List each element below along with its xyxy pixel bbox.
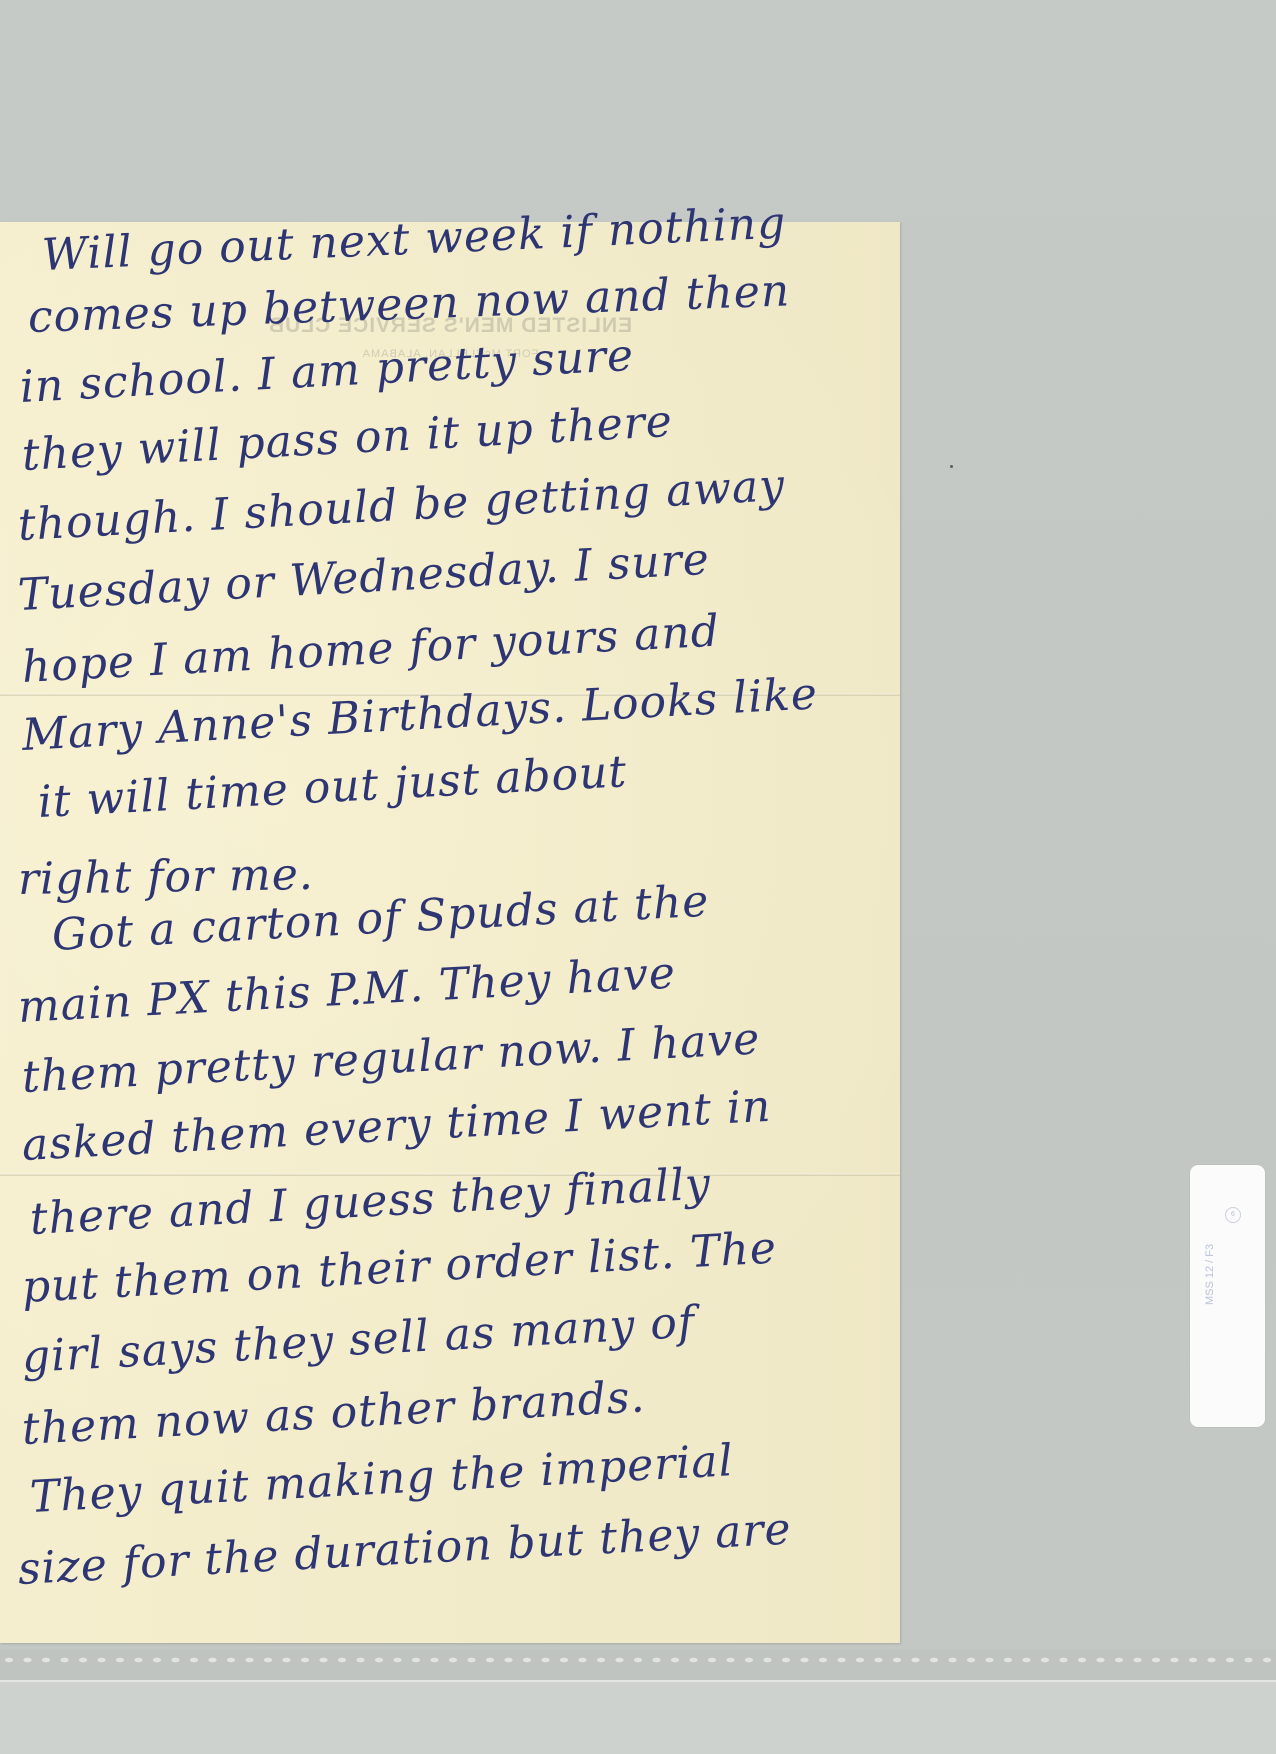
letter-line-12: main PX this P.M. They have	[17, 948, 677, 1033]
letter-line-6: Tuesday or Wednesday. I sure	[17, 534, 711, 621]
sheet-protector-lower	[0, 1682, 1276, 1754]
archive-circle-mark: 6	[1225, 1207, 1241, 1223]
letter-line-18: them now as other brands.	[21, 1371, 647, 1455]
letter-page: ENLISTED MEN'S SERVICE CLUB FORT McCLELL…	[0, 222, 900, 1643]
sheet-protector-perforation	[0, 1654, 1276, 1666]
dust-speck	[950, 465, 953, 468]
letter-line-3: in school. I am pretty sure	[19, 330, 636, 413]
archive-label-text: MSS 12 / F3	[1204, 1215, 1216, 1305]
archive-label-tag: 6 MSS 12 / F3	[1190, 1165, 1265, 1427]
letter-line-9: it will time out just about	[37, 746, 629, 828]
letter-line-4: they will pass on it up there	[21, 396, 674, 481]
letter-line-17: girl says they sell as many of	[21, 1297, 697, 1383]
letter-line-10: right for me.	[18, 849, 315, 905]
